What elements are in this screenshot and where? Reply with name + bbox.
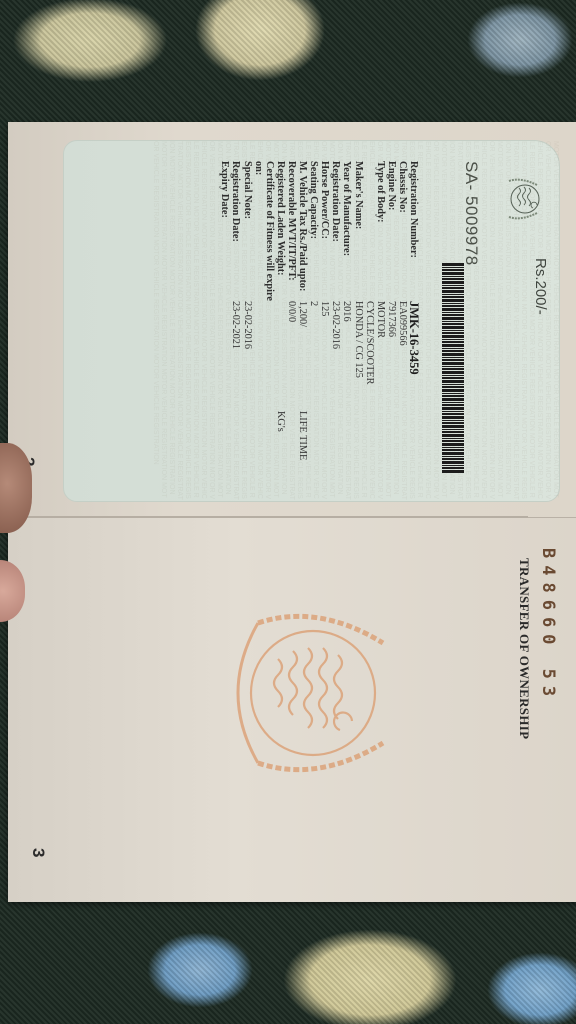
field-row: Registration Date:23-02-2016 <box>330 161 341 501</box>
punjab-emblem-icon <box>499 173 549 221</box>
field-extra: KG's <box>275 411 286 432</box>
punjab-seal-watermark-icon <box>208 593 408 793</box>
field-value <box>253 301 275 411</box>
right-page: B48660 53 TRANSFER OF OWNERSHIP 3 <box>8 518 576 902</box>
field-label: Maker's Name: <box>352 161 363 301</box>
field-row: Recoverable MVT/IT/PFT:0/0/0 <box>286 161 297 501</box>
field-row: Type of Body:MOTOR CYCLE/SCOOTER <box>364 161 386 501</box>
registration-card: MOTOR VEHICLE REGISTRATION MOTOR VEHICLE… <box>63 140 560 502</box>
field-row: Chassis No:EA099566 <box>397 161 408 501</box>
field-extra: LIFE TIME <box>297 411 308 460</box>
serial-number: SA- 5009978 <box>461 161 481 266</box>
field-row: Certificate of Fitness will expire on: <box>253 161 275 501</box>
field-row: Expiry Date: <box>219 161 230 501</box>
field-row: Registration Number:JMK-16-3459 <box>408 161 419 501</box>
field-label: Special Note: <box>242 161 253 301</box>
field-value <box>219 301 230 411</box>
field-row: Engine No:7917366 <box>386 161 397 501</box>
field-label: Expiry Date: <box>219 161 230 301</box>
field-row: Registration Date:23-02-2021 <box>230 161 241 501</box>
field-label: Engine No: <box>386 161 397 301</box>
field-row: Horse Power/CC:125 <box>319 161 330 501</box>
field-row: Year of Manufacture:2016 <box>341 161 352 501</box>
field-value: 2016 <box>341 301 352 411</box>
field-row: Seating Capacity:2 <box>308 161 319 501</box>
field-value <box>275 301 286 411</box>
perforated-number: B48660 53 <box>538 548 558 703</box>
field-label: Year of Manufacture: <box>341 161 352 301</box>
field-value: JMK-16-3459 <box>408 301 419 411</box>
field-value: 125 <box>319 301 330 411</box>
field-value: 23-02-2016 <box>242 301 253 411</box>
page-number-right: 3 <box>28 848 48 857</box>
field-row: Maker's Name:HONDA / CG 125 <box>352 161 363 501</box>
field-label: Recoverable MVT/IT/PFT: <box>286 161 297 301</box>
field-row: M. Vehicle Tax Rs./Paid upto:1,200/LIFE … <box>297 161 308 501</box>
field-value: HONDA / CG 125 <box>352 301 363 411</box>
fee-label: Rs.200/- <box>532 258 549 315</box>
field-label: Horse Power/CC: <box>319 161 330 301</box>
field-value: MOTOR CYCLE/SCOOTER <box>364 301 386 411</box>
field-row: Special Note:23-02-2016 <box>242 161 253 501</box>
field-label: Registered Laden Weight: <box>275 161 286 301</box>
field-value: 7917366 <box>386 301 397 411</box>
field-value: 23-02-2021 <box>230 301 241 411</box>
field-value: EA099566 <box>397 301 408 411</box>
field-value: 23-02-2016 <box>330 301 341 411</box>
registration-fields: Registration Number:JMK-16-3459Chassis N… <box>219 161 419 501</box>
left-page: MOTOR VEHICLE REGISTRATION MOTOR VEHICLE… <box>8 122 576 518</box>
field-label: Registration Number: <box>408 161 419 301</box>
field-label: Registration Date: <box>330 161 341 301</box>
field-label: Certificate of Fitness will expire on: <box>253 161 275 301</box>
field-value: 2 <box>308 301 319 411</box>
field-label: M. Vehicle Tax Rs./Paid upto: <box>297 161 308 301</box>
field-label: Registration Date: <box>230 161 241 301</box>
field-label: Chassis No: <box>397 161 408 301</box>
field-label: Type of Body: <box>364 161 386 301</box>
field-label: Seating Capacity: <box>308 161 319 301</box>
field-row: Registered Laden Weight:KG's <box>275 161 286 501</box>
barcode <box>442 263 464 473</box>
field-value: 0/0/0 <box>286 301 297 411</box>
transfer-heading: TRANSFER OF OWNERSHIP <box>516 558 532 739</box>
registration-booklet: MOTOR VEHICLE REGISTRATION MOTOR VEHICLE… <box>8 122 576 902</box>
field-value: 1,200/ <box>297 301 308 411</box>
